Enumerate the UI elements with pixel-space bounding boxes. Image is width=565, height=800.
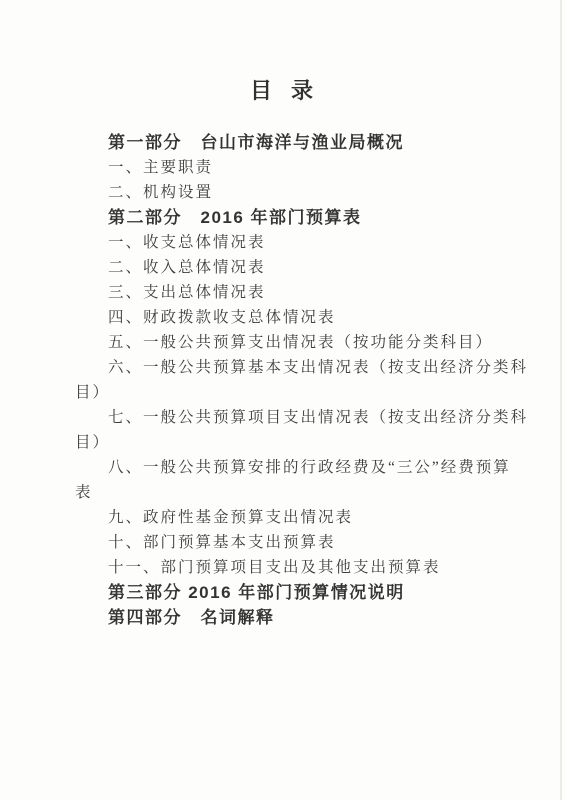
toc-entry: 三、支出总体情况表 (75, 280, 515, 305)
toc-section-heading: 第二部分 2016 年部门预算表 (75, 205, 515, 230)
toc-entry-continuation: 目） (75, 430, 515, 455)
table-of-contents: 第一部分 台山市海洋与渔业局概况一、主要职责二、机构设置第二部分 2016 年部… (75, 130, 515, 630)
toc-entry-continuation: 表 (75, 480, 515, 505)
page-title: 目 录 (0, 74, 565, 105)
toc-entry-continuation: 目） (75, 380, 515, 405)
toc-entry: 十一、部门预算项目支出及其他支出预算表 (75, 555, 515, 580)
scan-edge-artifact (560, 0, 562, 800)
toc-entry: 一、主要职责 (75, 155, 515, 180)
toc-entry: 六、一般公共预算基本支出情况表（按支出经济分类科 (75, 355, 515, 380)
toc-entry: 一、收支总体情况表 (75, 230, 515, 255)
toc-entry: 九、政府性基金预算支出情况表 (75, 505, 515, 530)
toc-section-heading: 第三部分 2016 年部门预算情况说明 (75, 580, 515, 605)
toc-section-heading: 第一部分 台山市海洋与渔业局概况 (75, 130, 515, 155)
toc-section-heading: 第四部分 名词解释 (75, 605, 515, 630)
toc-entry: 十、部门预算基本支出预算表 (75, 530, 515, 555)
toc-entry: 二、收入总体情况表 (75, 255, 515, 280)
toc-entry: 八、一般公共预算安排的行政经费及“三公”经费预算 (75, 455, 515, 480)
toc-entry: 二、机构设置 (75, 180, 515, 205)
toc-entry: 四、财政拨款收支总体情况表 (75, 305, 515, 330)
scanned-document-page: 目 录 第一部分 台山市海洋与渔业局概况一、主要职责二、机构设置第二部分 201… (0, 0, 565, 800)
toc-entry: 五、一般公共预算支出情况表（按功能分类科目） (75, 330, 515, 355)
toc-entry: 七、一般公共预算项目支出情况表（按支出经济分类科 (75, 405, 515, 430)
